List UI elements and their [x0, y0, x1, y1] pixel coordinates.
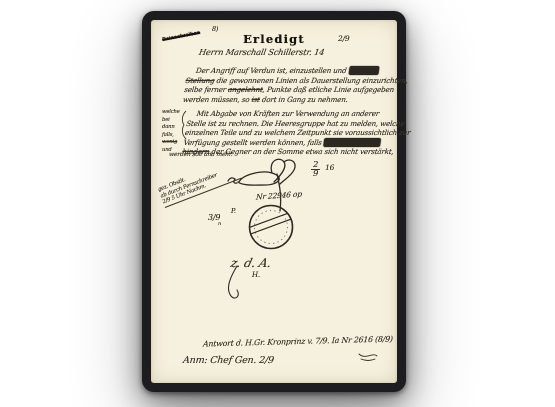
para2-line2: Stelle ist zu rechnen. Die Heeresgruppe …	[186, 119, 399, 129]
blacked-out-text: die Verhältnisse	[323, 138, 381, 147]
zda-swash	[223, 264, 245, 302]
para2-line3: einzelnen Teile und zu welchem Zeitpunkt…	[184, 128, 397, 138]
initial-p-note: P.	[231, 207, 236, 215]
para2-line4: Verfügung gestellt werden können, falls …	[183, 138, 396, 148]
para2-line1: Mit Abgabe von Kräften zur Verwendung an…	[187, 109, 400, 119]
para1-line2: Stellung die gewonnenen Linien als Dauer…	[185, 76, 398, 86]
address-line: Herrn Marschall Schillerstr. 14	[198, 47, 325, 57]
year-note: 16	[325, 163, 334, 172]
date-note-top-right: 2/9	[338, 34, 349, 43]
fraction: 2 9	[311, 161, 320, 178]
zda-initial: H.	[252, 271, 260, 279]
arrival-stamp	[246, 202, 296, 252]
para1-line1: Der Angriff auf Verdun ist, einzustellen…	[186, 66, 399, 76]
margin-brace-stroke	[179, 110, 187, 140]
received-date-sub: n	[218, 221, 221, 227]
para1-line3: selbe ferner angelehnt, Punkte daß etlic…	[184, 85, 397, 95]
erledigt-stamp: Erledigt	[151, 32, 397, 46]
bottom-note-chef: Anm: Chef Gen. 2/9	[182, 355, 274, 366]
margin-note: und	[162, 147, 186, 155]
body-paragraph-2: Mit Abgabe von Kräften zur Verwendung an…	[182, 109, 401, 157]
margin-note-struck: wenig	[162, 139, 186, 147]
blacked-out-text: wird die	[348, 66, 380, 75]
viewer-background: Reinschreiben 8) Erledigt 2/9 Herrn Mars…	[0, 0, 555, 407]
bottom-note-flourish	[357, 350, 379, 362]
document-card: Reinschreiben 8) Erledigt 2/9 Herrn Mars…	[142, 11, 406, 392]
body-paragraph-1: Der Angriff auf Verdun ist, einzustellen…	[182, 66, 399, 104]
date-fraction: 2 9 16	[311, 161, 334, 180]
document-page: Reinschreiben 8) Erledigt 2/9 Herrn Mars…	[151, 20, 397, 383]
bottom-note-answer: Antwort d. H.Gr. Kronprinz v. 7/9. Ia Nr…	[203, 335, 393, 349]
para1-line4: werden müssen, so ist dort in Gang zu ne…	[182, 95, 395, 105]
